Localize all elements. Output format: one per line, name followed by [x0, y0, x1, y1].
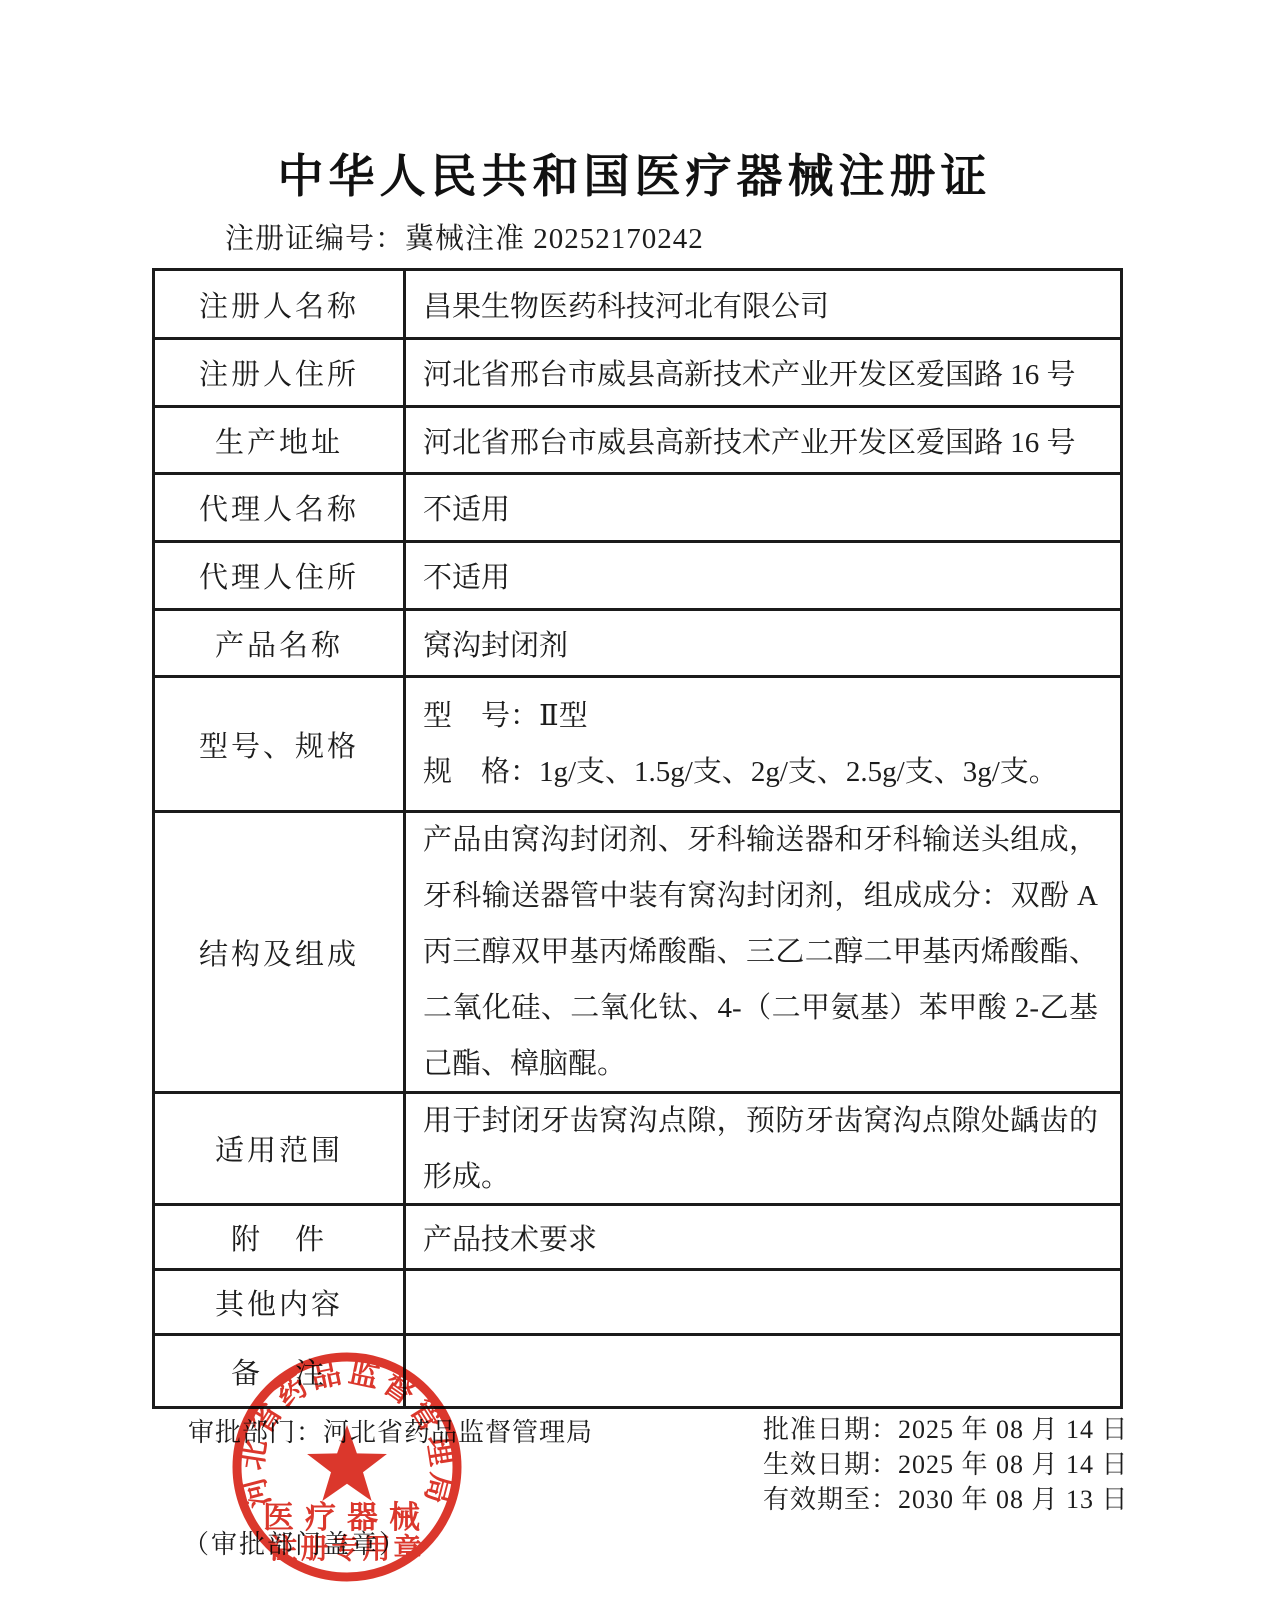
- table-row-agent-address: 代理人住所 不适用: [155, 540, 1120, 608]
- row-label: 代理人住所: [155, 543, 406, 608]
- row-label: 产品名称: [155, 611, 406, 675]
- row-label: 结构及组成: [155, 813, 406, 1091]
- row-value: 不适用: [406, 543, 1120, 608]
- row-label: 注册人住所: [155, 340, 406, 405]
- spec-line: 规 格：1g/支、1.5g/支、2g/支、2.5g/支、3g/支。: [423, 744, 1098, 800]
- stamp-text-line2: 注册专用章: [269, 1532, 424, 1564]
- footer-dates: 批准日期：2025 年 08 月 14 日 生效日期：2025 年 08 月 1…: [763, 1412, 1129, 1517]
- official-stamp: 河北省药品监督管理局 医疗器械 注册专用章: [212, 1332, 482, 1600]
- row-value: [406, 1271, 1120, 1333]
- table-row-production-address: 生产地址 河北省邢台市威县高新技术产业开发区爱国路 16 号: [155, 405, 1120, 472]
- row-value: 昌果生物医药科技河北有限公司: [406, 271, 1120, 337]
- table-row-agent-name: 代理人名称 不适用: [155, 472, 1120, 540]
- row-value: 产品技术要求: [406, 1206, 1120, 1268]
- row-label: 代理人名称: [155, 475, 406, 540]
- footer-effective-date: 生效日期：2025 年 08 月 14 日: [763, 1447, 1129, 1482]
- row-value: 河北省邢台市威县高新技术产业开发区爱国路 16 号: [406, 340, 1120, 405]
- row-value: 用于封闭牙齿窝沟点隙，预防牙齿窝沟点隙处龋齿的形成。: [406, 1094, 1120, 1203]
- table-row-product-name: 产品名称 窝沟封闭剂: [155, 608, 1120, 675]
- row-value: 不适用: [406, 475, 1120, 540]
- model-line: 型 号：Ⅱ型: [423, 688, 1098, 744]
- table-row-registrant-name: 注册人名称 昌果生物医药科技河北有限公司: [155, 271, 1120, 337]
- page-title: 中华人民共和国医疗器械注册证: [0, 140, 1269, 206]
- row-label: 适用范围: [155, 1094, 406, 1203]
- certificate-table: 注册人名称 昌果生物医药科技河北有限公司 注册人住所 河北省邢台市威县高新技术产…: [152, 268, 1123, 1409]
- row-value: 型 号：Ⅱ型 规 格：1g/支、1.5g/支、2g/支、2.5g/支、3g/支。: [406, 678, 1120, 810]
- table-row-intended-use: 适用范围 用于封闭牙齿窝沟点隙，预防牙齿窝沟点隙处龋齿的形成。: [155, 1091, 1120, 1203]
- footer-approval-date: 批准日期：2025 年 08 月 14 日: [763, 1412, 1129, 1447]
- table-row-other-content: 其他内容: [155, 1268, 1120, 1333]
- row-value: [406, 1336, 1120, 1406]
- row-label: 生产地址: [155, 408, 406, 472]
- row-label: 附 件: [155, 1206, 406, 1268]
- row-value: 窝沟封闭剂: [406, 611, 1120, 675]
- row-value: 河北省邢台市威县高新技术产业开发区爱国路 16 号: [406, 408, 1120, 472]
- row-label: 型号、规格: [155, 678, 406, 810]
- table-row-model-spec: 型号、规格 型 号：Ⅱ型 规 格：1g/支、1.5g/支、2g/支、2.5g/支…: [155, 675, 1120, 810]
- row-value: 产品由窝沟封闭剂、牙科输送器和牙科输送头组成，牙科输送器管中装有窝沟封闭剂，组成…: [406, 813, 1120, 1091]
- footer-valid-until: 有效期至：2030 年 08 月 13 日: [763, 1482, 1129, 1517]
- table-row-registrant-address: 注册人住所 河北省邢台市威县高新技术产业开发区爱国路 16 号: [155, 337, 1120, 405]
- row-label: 注册人名称: [155, 271, 406, 337]
- table-row-structure-composition: 结构及组成 产品由窝沟封闭剂、牙科输送器和牙科输送头组成，牙科输送器管中装有窝沟…: [155, 810, 1120, 1091]
- row-label: 其他内容: [155, 1271, 406, 1333]
- table-row-attachment: 附 件 产品技术要求: [155, 1203, 1120, 1268]
- stamp-star-icon: [307, 1425, 387, 1501]
- registration-number: 注册证编号：冀械注准 20252170242: [225, 216, 704, 257]
- stamp-text-line1: 医疗器械: [263, 1500, 431, 1535]
